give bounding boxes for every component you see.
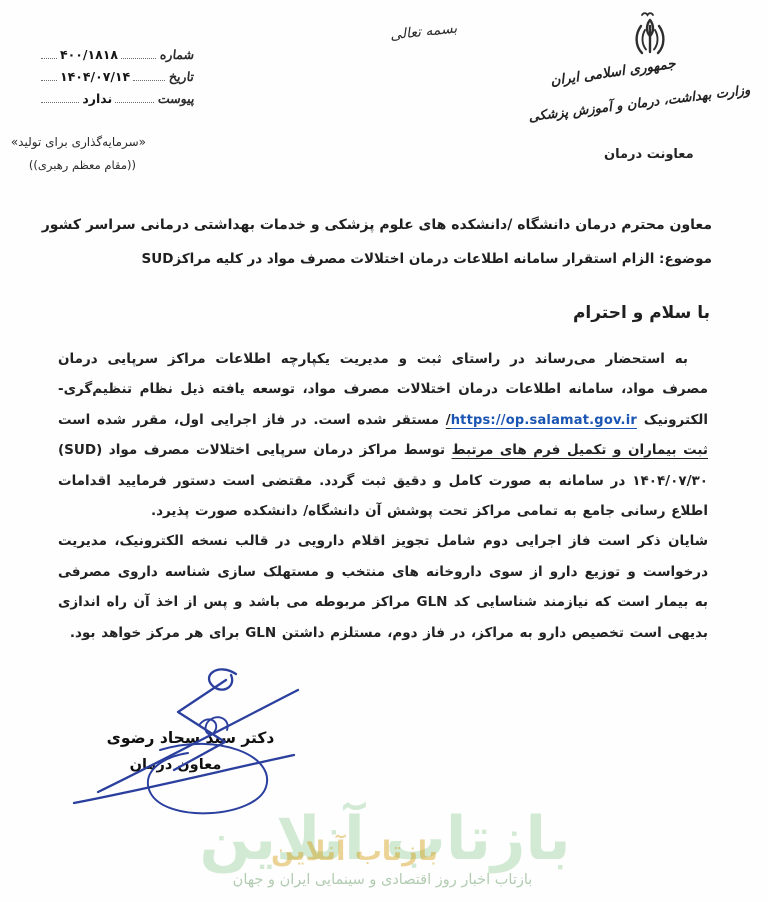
body-line-3-pre: الکترونیک: [637, 412, 708, 428]
recipient-line: معاون محترم درمان دانشگاه /دانشکده های ع…: [56, 217, 712, 233]
watermark-logo-small: بازتاب آنلاین: [222, 836, 487, 867]
body-line-4-underlined: ثبت بیماران و تکمیل فرم های مرتبط: [452, 442, 708, 458]
letter-body: به استحضار می‌رساند در راستای ثبت و مدیر…: [58, 344, 708, 648]
dotted-leader: [41, 46, 57, 60]
body-line-4: ثبت بیماران و تکمیل فرم های مرتبط توسط م…: [58, 435, 708, 465]
bismillah-text: بسمه تعالی: [389, 21, 458, 44]
body-line-7: شایان ذکر است فاز اجرایی دوم شامل تجویز …: [58, 526, 708, 556]
subject-label: موضوع:: [659, 251, 712, 267]
body-line-1: به استحضار می‌رساند در راستای ثبت و مدیر…: [58, 344, 708, 374]
scanned-letter-page: بسمه تعالی جمهوری اسلامی ایران وزارت بهد…: [0, 0, 768, 902]
letter-date-row: تاریخ ۱۴۰۴/۰۷/۱۴: [38, 62, 193, 84]
body-line-8: درخواست و توزیع دارو از سوی داروخانه های…: [58, 557, 708, 587]
letter-number-row: شماره ۴۰۰/۱۸۱۸: [38, 40, 193, 62]
slogan-line1: «سرمایه‌گذاری برای تولید»: [30, 135, 146, 149]
body-line-3-post: مستقر شده است. در فاز اجرایی اول، مقرر ش…: [58, 412, 446, 428]
department-name: معاونت درمان: [604, 147, 694, 162]
dotted-leader: [41, 90, 79, 104]
date-value: ۱۴۰۴/۰۷/۱۴: [60, 69, 130, 84]
signer-name: دکتر سید سجاد رضوی: [88, 729, 293, 747]
body-line-10: بدیهی است تخصیص دارو به مراکز، در فاز دو…: [58, 618, 708, 648]
subject-line: موضوع: الزام استقرار سامانه اطلاعات درما…: [56, 251, 712, 267]
letter-meta-block: شماره ۴۰۰/۱۸۱۸ تاریخ ۱۴۰۴/۰۷/۱۴ پیوست ند…: [38, 40, 193, 106]
attachment-label: پیوست: [155, 91, 194, 106]
number-label: شماره: [158, 47, 194, 62]
body-line-3: الکترونیک https://op.salamat.gov.ir/ مست…: [58, 405, 708, 435]
body-line-9: به بیمار است که نیازمند شناسایی کد GLN م…: [58, 587, 708, 617]
dotted-leader: [133, 68, 165, 82]
body-line-6: اطلاع رسانی جامع به تمامی مراکز تحت پوشش…: [58, 496, 708, 526]
letter-attachment-row: پیوست ندارد: [38, 84, 193, 106]
body-line-5: ۱۴۰۴/۰۷/۳۰ در سامانه به صورت کامل و دقیق…: [58, 466, 708, 496]
subject-text: الزام استقرار سامانه اطلاعات درمان اختلا…: [142, 251, 660, 267]
body-line-2: مصرف مواد، سامانه اطلاعات درمان اختلالات…: [58, 374, 708, 404]
salutation: با سلام و احترام: [573, 303, 710, 323]
attachment-value: ندارد: [82, 91, 112, 106]
slogan-line2: ((مقام معظم رهبری)): [40, 158, 136, 172]
iran-national-emblem-icon: [629, 12, 671, 60]
signer-title: معاون درمان: [103, 757, 248, 773]
org-name-line1: جمهوری اسلامی ایران: [555, 56, 676, 89]
salamat-portal-link[interactable]: https://op.salamat.gov.ir: [451, 413, 637, 428]
org-name-line2: وزارت بهداشت، درمان و آموزش پزشکی: [536, 83, 751, 124]
date-label: تاریخ: [167, 69, 194, 84]
dotted-leader: [115, 90, 153, 104]
dotted-leader: [41, 68, 57, 82]
dotted-leader: [121, 46, 156, 60]
watermark-tagline: بازتاب اخبار روز اقتصادی و سینمایی ایران…: [130, 872, 635, 888]
number-value: ۴۰۰/۱۸۱۸: [60, 47, 118, 62]
